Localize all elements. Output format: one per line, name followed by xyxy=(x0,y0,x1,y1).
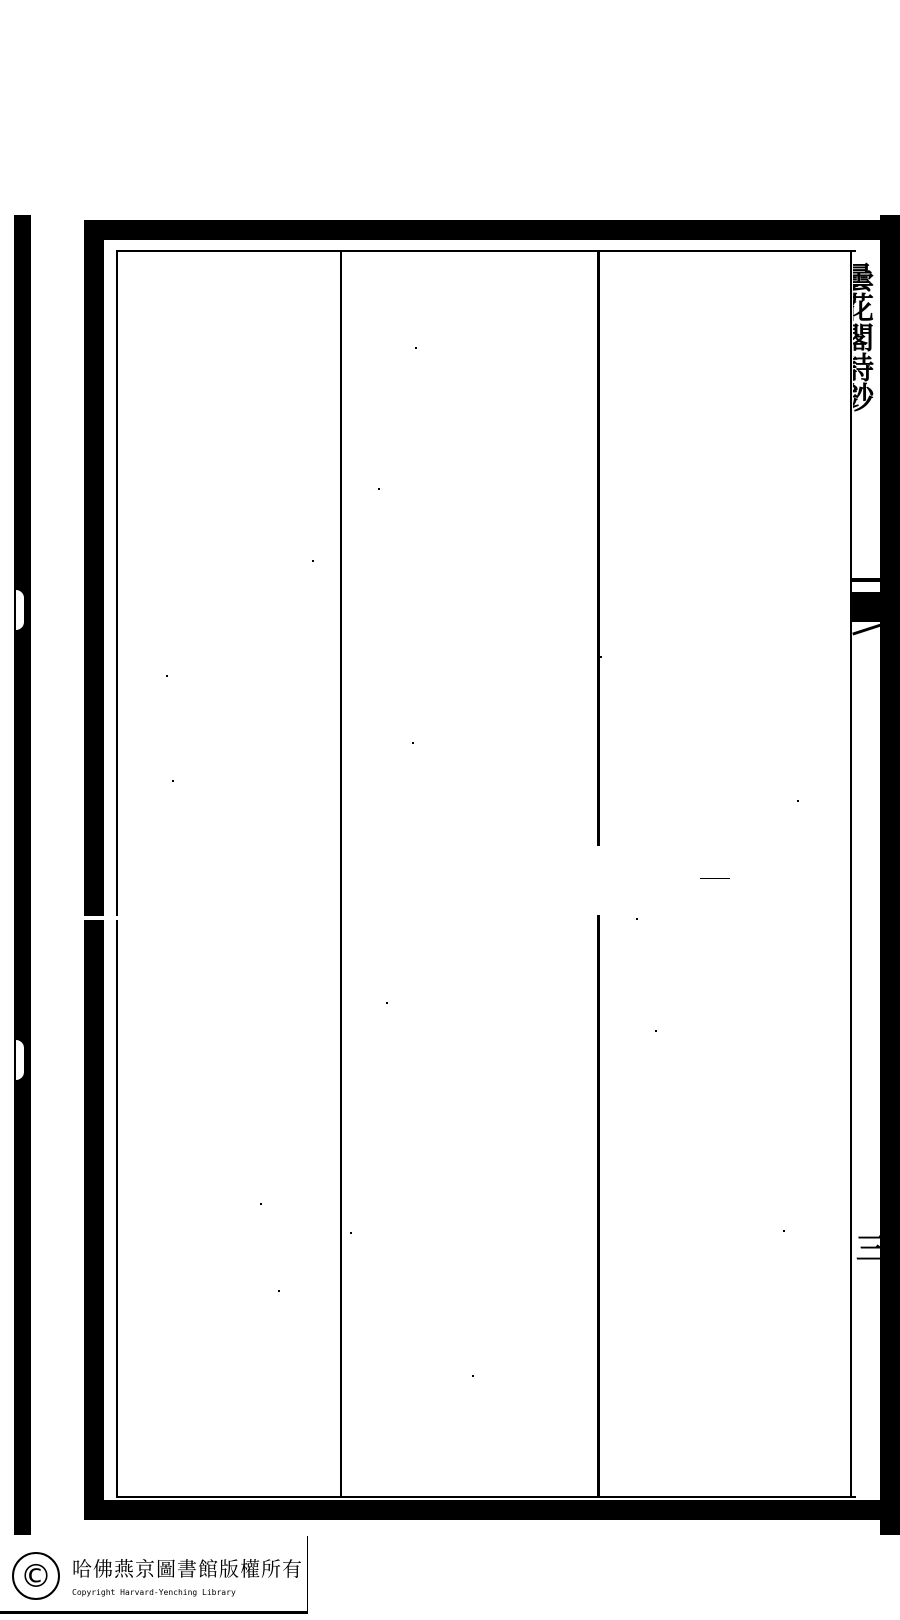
book-title: 曇花閣詩鈔 xyxy=(853,262,883,412)
copyright-chinese-text: 哈佛燕京圖書館版權所有 xyxy=(72,1553,303,1582)
ink-speck xyxy=(378,488,380,490)
right-fold-edge xyxy=(880,215,900,1535)
fishtail-ornament-line xyxy=(850,578,882,582)
ink-speck xyxy=(655,1030,657,1032)
ink-speck xyxy=(166,675,168,677)
ink-speck xyxy=(172,780,174,782)
binding-edge-notch xyxy=(16,590,24,630)
column-divider xyxy=(340,252,342,1497)
ink-speck xyxy=(312,560,314,562)
ink-speck xyxy=(636,918,638,920)
ink-speck xyxy=(278,1290,280,1292)
page-number: 三 xyxy=(856,1235,882,1265)
column-divider xyxy=(597,915,600,1498)
copyright-icon: © xyxy=(12,1552,60,1600)
center-column-divider xyxy=(850,252,852,1497)
column-divider xyxy=(597,252,600,846)
ink-speck xyxy=(415,347,417,349)
fishtail-ornament xyxy=(850,592,882,622)
left-binding-edge xyxy=(14,215,31,1535)
ink-speck xyxy=(600,656,602,658)
ink-speck xyxy=(472,1375,474,1377)
inner-printed-border xyxy=(116,250,856,1498)
copyright-english-text: Copyright Harvard-Yenching Library xyxy=(72,1588,236,1597)
ink-speck xyxy=(412,742,414,744)
binding-edge-notch xyxy=(16,1040,24,1080)
ink-speck xyxy=(386,1002,388,1004)
ink-speck xyxy=(783,1230,785,1232)
ink-speck xyxy=(350,1232,352,1234)
ink-speck xyxy=(700,878,730,879)
border-gap xyxy=(84,916,124,920)
ink-speck xyxy=(797,800,799,802)
ink-speck xyxy=(260,1203,262,1205)
